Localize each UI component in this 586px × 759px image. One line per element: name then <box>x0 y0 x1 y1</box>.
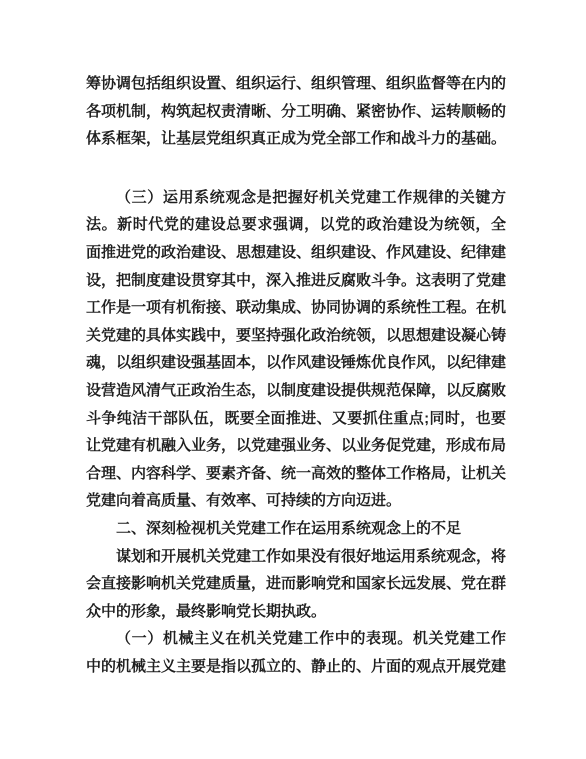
paragraph-item-one: （一）机械主义在机关党建工作中的表现。机关党建工作中的机械主义主要是指以孤立的、… <box>86 625 506 680</box>
paragraph-section-three: （三）运用系统观念是把握好机关党建工作规律的关键方法。新时代党的建设总要求强调，… <box>86 184 506 515</box>
section-three-body-text: 新时代党的建设总要求强调，以党的政治建设为统领，全面推进党的政治建设、思想建设、… <box>86 216 506 509</box>
paragraph-overview: 谋划和开展机关党建工作如果没有很好地运用系统观念，将会直接影响机关党建质量，进而… <box>86 543 506 626</box>
paragraph-continuation: 筹协调包括组织设置、组织运行、组织管理、组织监督等在内的各项机制，构筑起权责清晰… <box>86 70 506 153</box>
document-page: 筹协调包括组织设置、组织运行、组织管理、组织监督等在内的各项机制，构筑起权责清晰… <box>0 0 586 759</box>
section-heading-two: 二、深刻检视机关党建工作在运用系统观念上的不足 <box>86 515 506 543</box>
item-one-lead-sentence: （一）机械主义在机关党建工作中的表现。 <box>116 630 413 647</box>
